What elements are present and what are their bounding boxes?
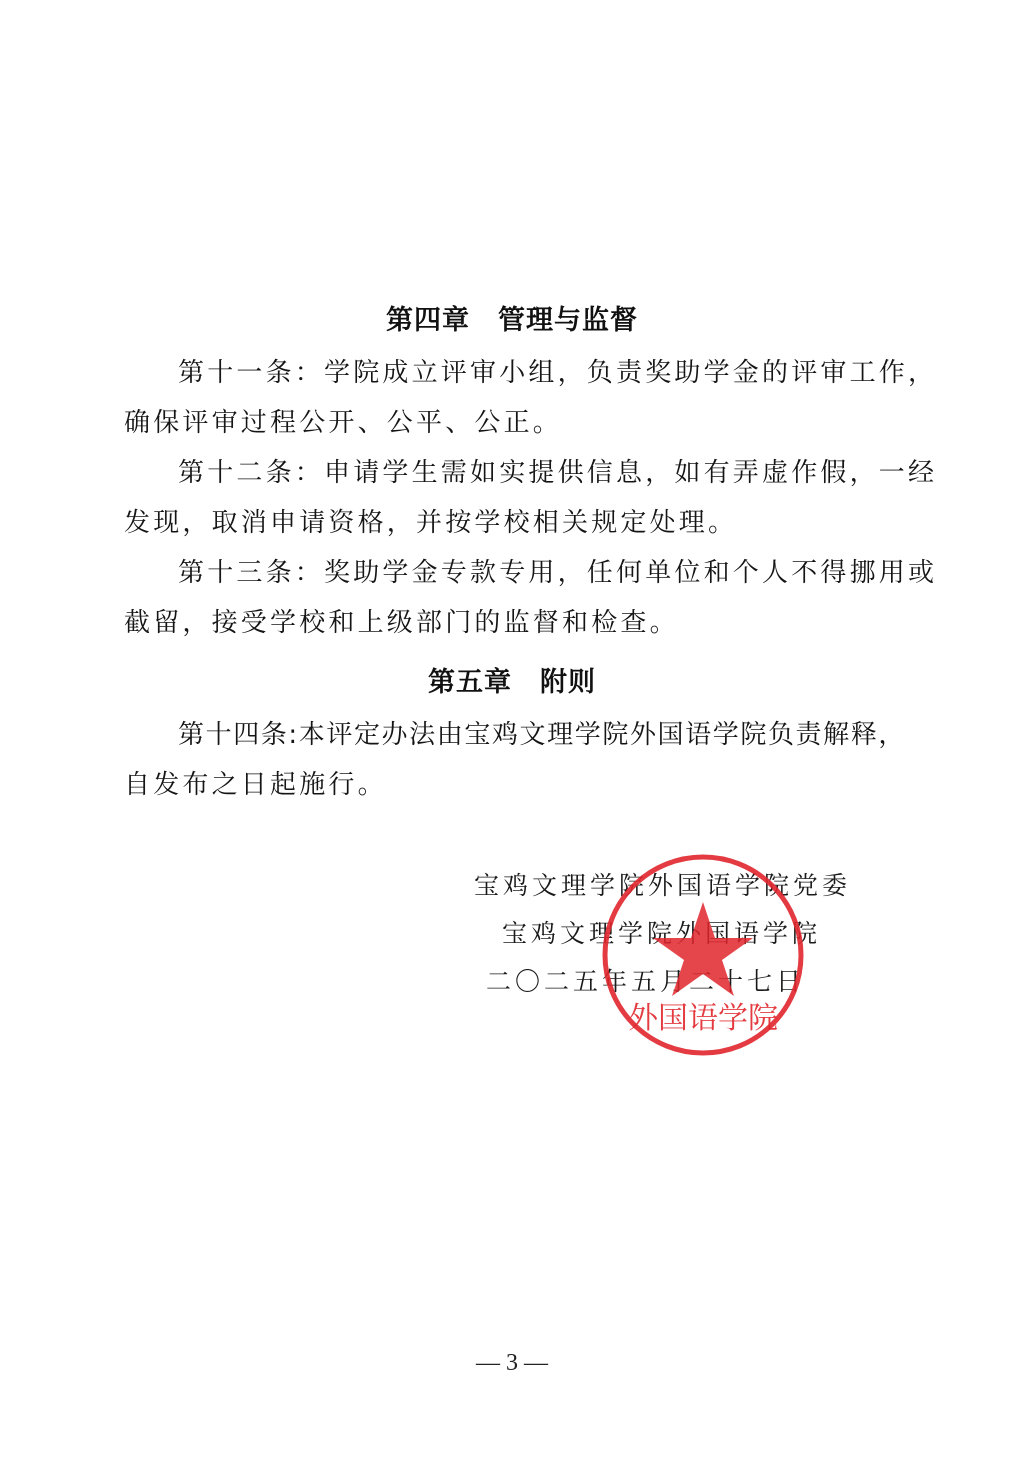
article-12-line-1: 第十二条：申请学生需如实提供信息，如有弄虚作假，一经	[178, 452, 937, 489]
chapter-4-number: 第四章	[386, 305, 470, 336]
seal-label: 外国语学院	[628, 1001, 778, 1036]
page-number: — 3 —	[0, 1350, 1024, 1377]
chapter-5-number: 第五章	[428, 667, 512, 698]
article-11-line-1: 第十一条：学院成立评审小组，负责奖助学金的评审工作，	[178, 352, 937, 389]
chapter-4-heading: 第四章管理与监督	[0, 298, 1024, 337]
article-11-line-2: 确保评审过程公开、公平、公正。	[124, 402, 562, 439]
official-seal-icon: 外国语学院	[598, 850, 808, 1060]
document-page: 第四章管理与监督 第十一条：学院成立评审小组，负责奖助学金的评审工作， 确保评审…	[0, 0, 1024, 1483]
chapter-5-heading: 第五章附则	[0, 660, 1024, 699]
article-14-line-1: 第十四条:本评定办法由宝鸡文理学院外国语学院负责解释，	[178, 714, 906, 751]
article-12-line-2: 发现，取消申请资格，并按学校相关规定处理。	[124, 502, 737, 539]
chapter-5-title: 附则	[540, 667, 596, 698]
article-13-line-2: 截留，接受学校和上级部门的监督和检查。	[124, 602, 679, 639]
article-14-line-2: 自发布之日起施行。	[124, 764, 387, 801]
article-13-line-1: 第十三条：奖助学金专款专用，任何单位和个人不得挪用或	[178, 552, 937, 589]
chapter-4-title: 管理与监督	[498, 305, 638, 336]
